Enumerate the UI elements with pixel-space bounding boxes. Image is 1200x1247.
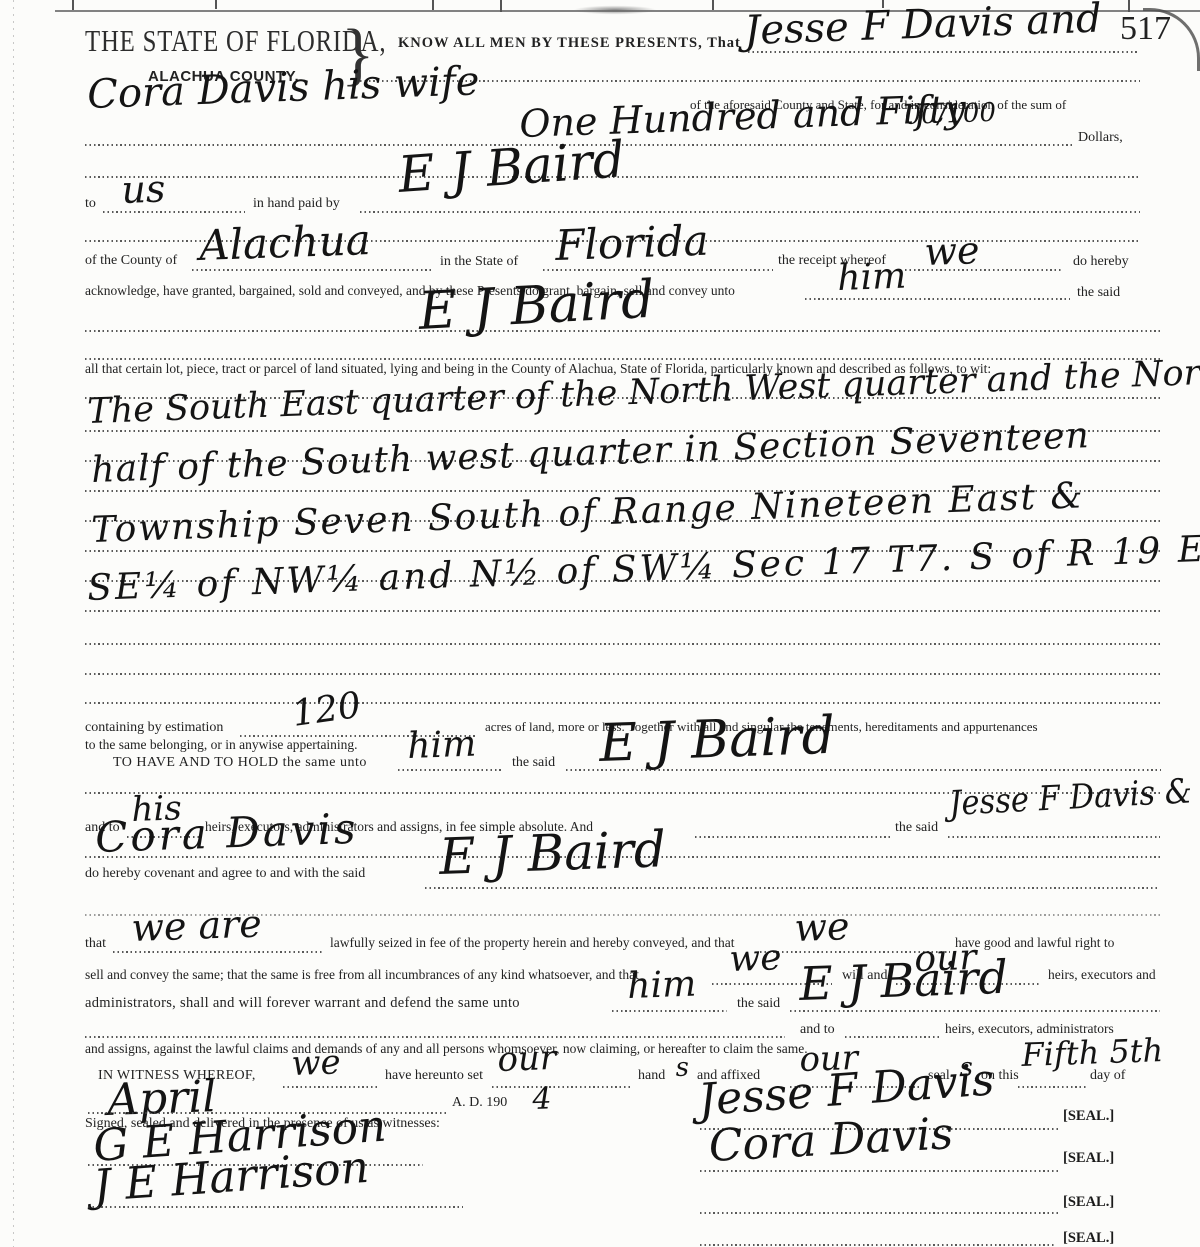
page-edge-tick xyxy=(215,0,217,9)
to-have-clause: TO HAVE AND TO HOLD the same unto xyxy=(113,755,367,770)
seal-label-3: [SEAL.] xyxy=(1063,1194,1114,1211)
dotted-rule xyxy=(748,51,1138,53)
seized-clause: lawfully seized in fee of the property h… xyxy=(330,936,734,951)
do-hereby-label: do hereby xyxy=(1073,254,1129,269)
grantor-names-handwritten-2: Cora Davis his wife xyxy=(87,62,480,114)
scan-smudge xyxy=(560,4,670,16)
hand-label: hand xyxy=(638,1068,665,1083)
dotted-rule xyxy=(85,1036,785,1038)
day-handwritten: Fifth 5th xyxy=(1021,1035,1164,1070)
that-label: that xyxy=(85,936,106,951)
dotted-rule xyxy=(790,1010,1160,1012)
belonging-clause: to the same belonging, or in anywise app… xyxy=(85,738,358,753)
dotted-rule xyxy=(700,1212,1058,1214)
state-handwritten: Florida xyxy=(555,221,710,266)
page-edge-tick xyxy=(72,0,74,10)
sell-clause: sell and convey the same; that the same … xyxy=(85,968,639,983)
dotted-rule xyxy=(845,1036,940,1038)
dotted-rule xyxy=(948,836,1160,838)
dotted-rule xyxy=(612,1010,727,1012)
page-edge-tick xyxy=(712,0,714,10)
dotted-rule xyxy=(85,702,1163,704)
dotted-rule xyxy=(492,1086,632,1088)
we-handwritten-3: we xyxy=(291,1046,341,1080)
dotted-rule xyxy=(695,836,890,838)
dotted-rule xyxy=(88,1206,463,1208)
the-said-label-2: the said xyxy=(512,755,555,770)
dotted-rule xyxy=(1018,1086,1086,1088)
dotted-rule xyxy=(85,643,1163,645)
page-number: 517 xyxy=(1120,10,1171,47)
in-hand-label: in hand paid by xyxy=(253,196,340,211)
covenant-clause: do hereby covenant and agree to and with… xyxy=(85,866,365,881)
county-handwritten: Alachua xyxy=(199,220,372,266)
heirs-executors-label: heirs, executors and xyxy=(1048,968,1156,983)
page-edge-tick xyxy=(432,0,434,10)
grantor-signature-handwritten: Jesse F Davis & xyxy=(948,775,1192,820)
to-whom-handwritten: us xyxy=(121,170,166,208)
dollars-label: Dollars, xyxy=(1078,130,1123,145)
dotted-rule xyxy=(113,951,323,953)
the-said-label-4: the said xyxy=(737,996,780,1011)
grantor-signature-handwritten-2: Cora Davis xyxy=(95,809,360,858)
year-handwritten: 4 xyxy=(532,1085,552,1114)
the-said-label: the said xyxy=(1077,285,1120,300)
dotted-rule xyxy=(192,269,432,271)
to-label: to xyxy=(85,196,96,211)
warrant-clause: administrators, shall and will forever w… xyxy=(85,996,520,1012)
dotted-rule xyxy=(85,610,1163,612)
we-handwritten-1: we xyxy=(794,908,850,946)
day-of-label: day of xyxy=(1090,1068,1125,1083)
grantee-name-handwritten: E J Baird xyxy=(417,276,655,338)
grantor-names-handwritten: Jesse F Davis and xyxy=(744,0,1102,50)
seal-label-4: [SEAL.] xyxy=(1063,1230,1114,1247)
receipt-handwritten: we xyxy=(924,232,980,270)
unto-handwritten-2: him xyxy=(407,728,477,765)
set-label: have hereunto set xyxy=(385,1068,483,1083)
dotted-rule xyxy=(543,269,773,271)
cents-handwritten: 00/100 xyxy=(904,101,996,129)
dotted-rule xyxy=(85,673,1163,675)
left-scan-edge xyxy=(13,0,14,1247)
assigns-clause: and assigns, against the lawful claims a… xyxy=(85,1042,808,1057)
covenant-grantee-handwritten: E J Baird xyxy=(438,826,666,881)
our-handwritten-2: our xyxy=(497,1042,557,1076)
payer-signature-handwritten: E J Baird xyxy=(397,136,627,199)
we-handwritten-2: we xyxy=(729,941,782,977)
dotted-rule xyxy=(700,1244,1055,1246)
grantee-name-handwritten-3: E J Baird xyxy=(798,956,1008,1007)
deed-document-page: THE STATE OF FLORIDA, } ALACHUA COUNTY. … xyxy=(0,0,1200,1247)
grantor-signature-2: Cora Davis xyxy=(708,1113,954,1168)
dotted-rule xyxy=(360,211,1140,213)
in-state-label: in the State of xyxy=(440,254,518,269)
seal-label-1: [SEAL.] xyxy=(1063,1108,1114,1125)
him-handwritten-2: him xyxy=(627,968,697,1005)
right-clause: have good and lawful right to xyxy=(955,936,1114,951)
plural-s-handwritten-1: s xyxy=(675,1056,689,1081)
acreage-handwritten: 120 xyxy=(290,689,363,732)
dotted-rule xyxy=(700,1170,1058,1172)
containing-label: containing by estimation xyxy=(85,720,223,735)
presents-clause: KNOW ALL MEN BY THESE PRESENTS, That xyxy=(398,36,741,52)
we-are-handwritten: we are xyxy=(131,905,263,946)
dotted-rule xyxy=(283,1086,378,1088)
ad-label: A. D. 190 xyxy=(452,1095,507,1110)
of-county-label: of the County of xyxy=(85,253,177,268)
and-to-label-2: and to xyxy=(800,1022,835,1037)
page-edge-tick xyxy=(500,0,502,12)
grantee-name-handwritten-2: E J Baird xyxy=(598,712,835,770)
unto-handwritten: him xyxy=(837,260,907,297)
seal-label-2: [SEAL.] xyxy=(1063,1150,1114,1167)
the-said-label-3: the said xyxy=(895,820,938,835)
dotted-rule xyxy=(425,887,1160,889)
dotted-rule xyxy=(398,769,503,771)
